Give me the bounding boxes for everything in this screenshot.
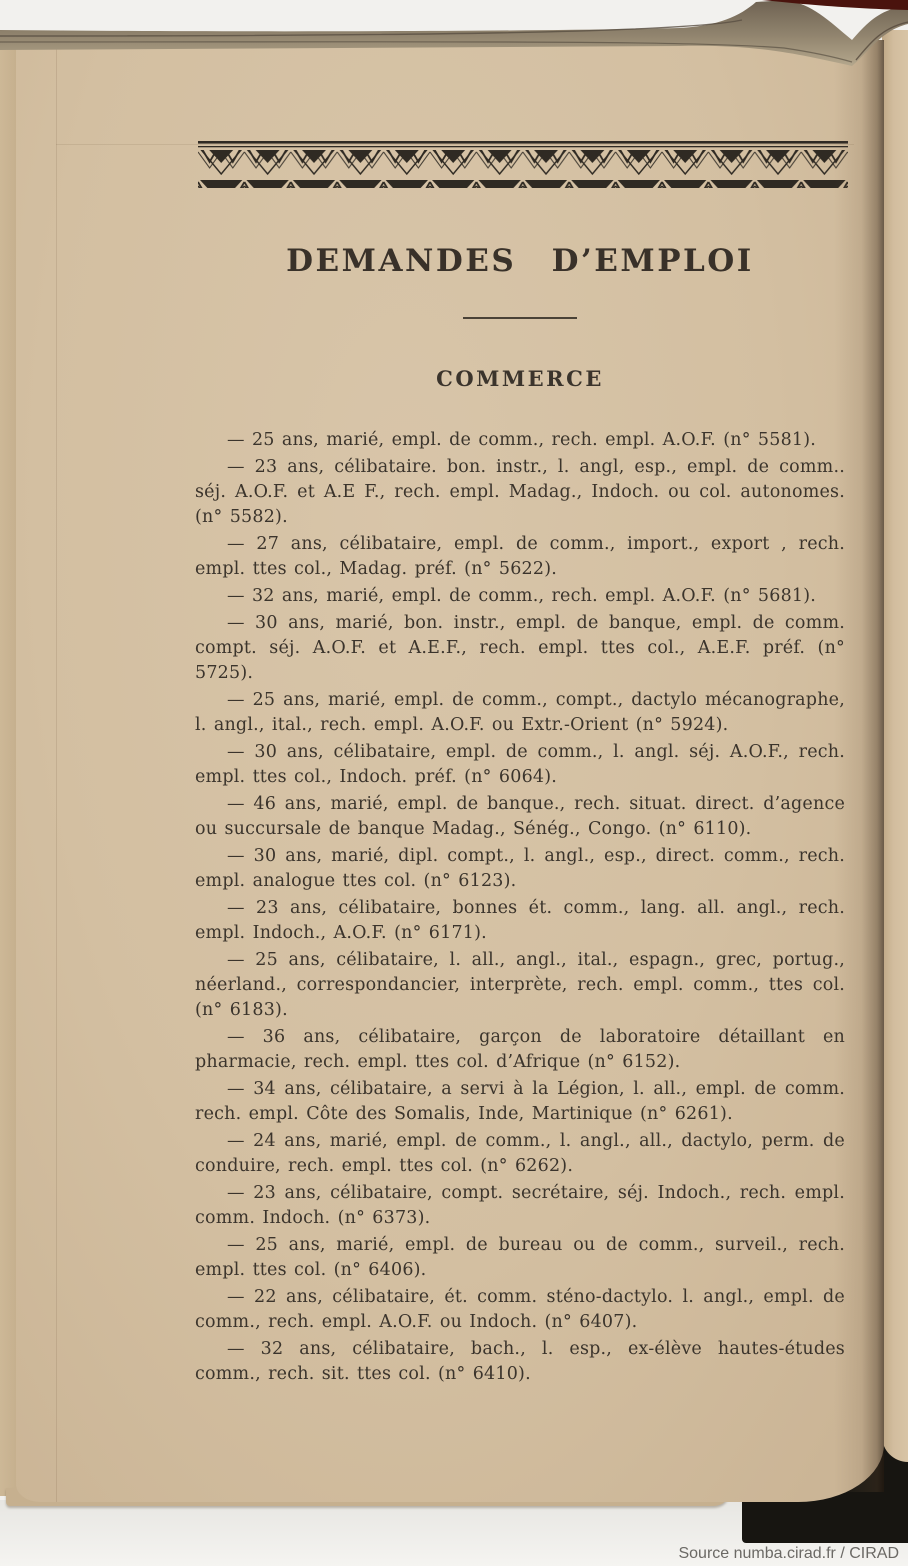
entry: — 36 ans, célibataire, garçon de laborat… [195,1025,845,1075]
entry: — 46 ans, marié, empl. de banque., rech.… [195,792,845,842]
book-page: DEMANDES D’EMPLOI COMMERCE — 25 ans, mar… [16,40,884,1502]
entry: — 30 ans, marié, bon. instr., empl. de b… [195,611,845,686]
entry-list: — 25 ans, marié, empl. de comm., rech. e… [195,428,845,1389]
entry: — 22 ans, célibataire, ét. comm. sténo-d… [195,1285,845,1335]
entry: — 27 ans, célibataire, empl. de comm., i… [195,532,845,582]
book-top-edge [0,0,908,96]
entry: — 32 ans, célibataire, bach., l. esp., e… [195,1337,845,1387]
source-attribution: Source numba.cirad.fr / CIRAD [678,1545,899,1563]
entry: — 32 ans, marié, empl. de comm., rech. e… [195,584,845,609]
decorative-border [198,140,848,188]
entry: — 25 ans, marié, empl. de bureau ou de c… [195,1233,845,1283]
entry: — 23 ans, célibataire, bonnes ét. comm.,… [195,896,845,946]
entry: — 23 ans, célibataire. bon. instr., l. a… [195,455,845,530]
entry: — 25 ans, célibataire, l. all., angl., i… [195,948,845,1023]
page-title: DEMANDES D’EMPLOI [195,243,845,279]
facing-page-sliver [882,30,908,1462]
book-scan: DEMANDES D’EMPLOI COMMERCE — 25 ans, mar… [0,0,908,1566]
entry: — 25 ans, marié, empl. de comm., compt.,… [195,688,845,738]
title-rule [463,317,577,319]
entry: — 34 ans, célibataire, a servi à la Légi… [195,1077,845,1127]
entry: — 23 ans, célibataire, compt. secrétaire… [195,1181,845,1231]
entry: — 30 ans, célibataire, empl. de comm., l… [195,740,845,790]
section-heading: COMMERCE [195,366,845,391]
entry: — 25 ans, marié, empl. de comm., rech. e… [195,428,845,453]
entry: — 24 ans, marié, empl. de comm., l. angl… [195,1129,845,1179]
entry: — 30 ans, marié, dipl. compt., l. angl.,… [195,844,845,894]
